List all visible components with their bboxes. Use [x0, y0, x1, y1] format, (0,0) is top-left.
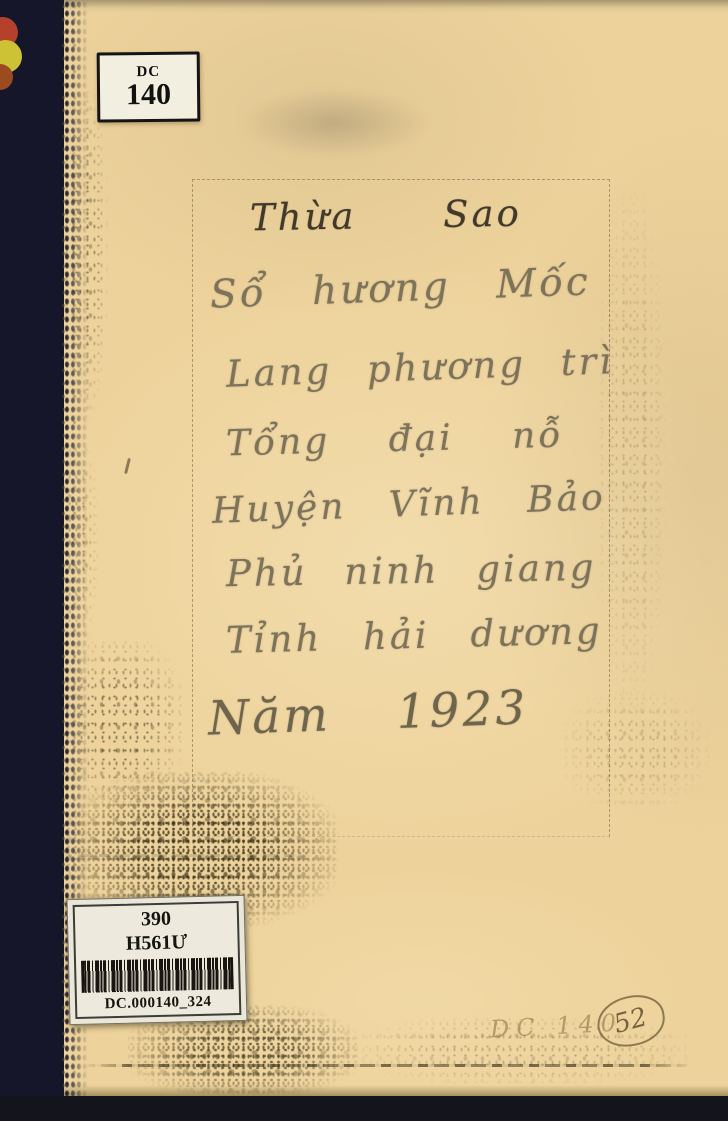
- handwritten-line-title: Thừa Sao: [250, 192, 523, 240]
- top-edge-shading: [0, 0, 728, 8]
- bottom-dark-edge: [0, 1096, 728, 1121]
- cutter-number: H561Ư: [126, 931, 188, 955]
- circled-number: 52: [612, 1004, 651, 1038]
- call-number-label: DC 140: [97, 51, 201, 122]
- pencil-circle-annotation: 52: [594, 991, 669, 1051]
- call-number-value: 140: [126, 79, 171, 109]
- book-spine-edge: [0, 0, 64, 1121]
- crease-line-faint: [62, 854, 312, 857]
- barcode-label-inner: 390 H561Ư DC.000140_324: [73, 901, 242, 1019]
- barcode-number: DC.000140_324: [104, 994, 211, 1014]
- pencil-tick-mark: [124, 458, 131, 474]
- handwritten-line-year: Năm 1923: [207, 680, 529, 746]
- handwritten-line-prefecture: Phủ ninh giang: [226, 546, 597, 595]
- smudge-mark: [240, 88, 430, 158]
- barcode-label: 390 H561Ư DC.000140_324: [66, 895, 247, 1025]
- scanned-document-page: Thừa Sao Sổ hương Mốc Lang phương trì Tổ…: [0, 0, 728, 1121]
- crease-line: [85, 1064, 690, 1067]
- classification-number: 390: [141, 908, 172, 932]
- barcode: [81, 957, 234, 993]
